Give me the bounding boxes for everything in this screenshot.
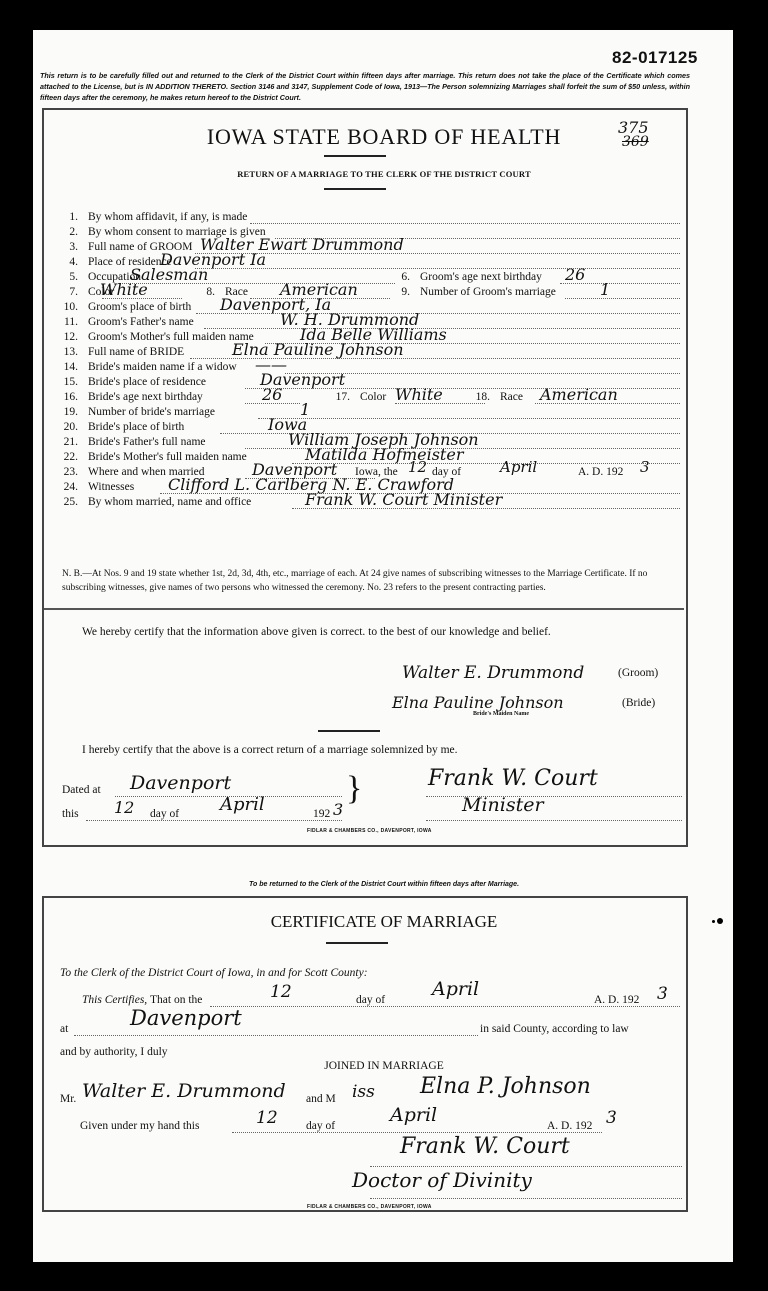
authority-text: and by authority, I duly [60, 1046, 168, 1058]
field-label: Number of bride's marriage [88, 406, 217, 418]
officiant-title: Minister [462, 794, 544, 816]
this-month: April [220, 794, 265, 815]
field-number: 5. [54, 271, 78, 283]
certificate-year-digit: 3 [657, 984, 668, 1004]
field-label: Witnesses [88, 481, 136, 493]
field-number: 20. [54, 421, 78, 433]
field-label: By whom affidavit, if any, is made [88, 211, 249, 223]
field-label: Groom's Father's name [88, 316, 196, 328]
ad-label: A. D. 192 [594, 994, 639, 1006]
marriage-date-ad: A. D. 192 [578, 466, 623, 478]
field-label: Full name of BRIDE [88, 346, 186, 358]
field-line [195, 256, 680, 269]
year-digit: 3 [333, 800, 343, 819]
marriage-date-day: 12 [408, 458, 427, 476]
county-text: in said County, according to law [480, 1023, 629, 1035]
field-label: Bride's place of residence [88, 376, 208, 388]
field-line [565, 286, 680, 299]
field-label: Groom's age next birthday [420, 271, 544, 283]
field-value: White [395, 385, 443, 404]
certificate-month: April [432, 978, 479, 1000]
given-day-of: day of [306, 1120, 335, 1132]
field-label: Groom's Mother's full maiden name [88, 331, 256, 343]
officiant-certification: I hereby certify that the above is a cor… [82, 744, 458, 756]
parties-certification: We hereby certify that the information a… [82, 626, 551, 638]
field-value: 26 [565, 265, 585, 284]
form-note: N. B.—At Nos. 9 and 19 state whether 1st… [62, 568, 682, 595]
marriage-date-month: April [500, 458, 537, 476]
field-value: 1 [600, 280, 610, 299]
field-value: White [100, 280, 148, 299]
field-number: 25. [54, 496, 78, 508]
serial-number: 82-017125 [612, 48, 698, 68]
sign-rule [318, 730, 380, 732]
bride-signature: Elna Pauline Johnson [392, 693, 564, 712]
field-number: 11. [54, 316, 78, 328]
printer-imprint: FIDLAR & CHAMBERS CO., DAVENPORT, IOWA [307, 828, 432, 834]
field-number: 22. [54, 451, 78, 463]
given-ad: A. D. 192 [547, 1120, 592, 1132]
field-label: Number of Groom's marriage [420, 286, 558, 298]
field-number: 6. [386, 271, 410, 283]
title-rule [324, 155, 386, 157]
field-number: 21. [54, 436, 78, 448]
field-label: Bride's place of birth [88, 421, 186, 433]
field-number: 1. [54, 211, 78, 223]
at-label: at [60, 1023, 68, 1035]
field-value: Frank W. Court Minister [305, 490, 502, 509]
dated-at-label: Dated at [62, 784, 101, 796]
certificate-groom: Walter E. Drummond [82, 1080, 286, 1102]
given-label: Given under my hand this [80, 1120, 199, 1132]
dated-at-value: Davenport [130, 772, 231, 794]
certificate-addressee: To the Clerk of the District Court of Io… [60, 967, 368, 979]
marriage-date-year-digit: 3 [640, 458, 650, 476]
this-label: this [62, 808, 79, 820]
field-label: Bride's Mother's full maiden name [88, 451, 249, 463]
brace: } [346, 770, 362, 808]
marriage-date-state: Iowa, the [355, 466, 398, 478]
field-number: 17. [326, 391, 350, 403]
struck-page-number: 369 [622, 134, 649, 150]
field-label: Bride's age next birthday [88, 391, 205, 403]
certificate-officiant-signature: Frank W. Court [400, 1134, 570, 1159]
ink-blot [712, 920, 715, 923]
given-day: 12 [256, 1108, 278, 1128]
form-subtitle: RETURN OF A MARRIAGE TO THE CLERK OF THE… [0, 169, 768, 179]
certificate-bride: Elna P. Johnson [420, 1074, 591, 1099]
field-line [250, 211, 680, 224]
field-number: 14. [54, 361, 78, 373]
certificate-printer-imprint: FIDLAR & CHAMBERS CO., DAVENPORT, IOWA [307, 1204, 432, 1210]
field-label: Bride's maiden name if a widow [88, 361, 239, 373]
field-label: Color [360, 391, 388, 403]
given-month: April [390, 1104, 437, 1126]
field-number: 2. [54, 226, 78, 238]
certifies-label: This Certifies, [82, 994, 147, 1006]
day-of-label-2: day of [356, 994, 385, 1006]
mr-label: Mr. [60, 1093, 76, 1105]
field-value: American [540, 385, 618, 404]
mid-notice: To be returned to the Clerk of the Distr… [0, 881, 768, 888]
bride-prefix: iss [352, 1082, 375, 1102]
ink-blot [717, 918, 723, 924]
field-number: 9. [386, 286, 410, 298]
groom-signature: Walter E. Drummond [402, 663, 584, 683]
groom-label: (Groom) [618, 667, 658, 679]
field-label: Race [500, 391, 525, 403]
divider [44, 608, 684, 610]
certificate-rule [326, 942, 388, 944]
field-number: 23. [54, 466, 78, 478]
joined-in-marriage: JOINED IN MARRIAGE [0, 1060, 768, 1072]
field-number: 12. [54, 331, 78, 343]
bride-maiden-caption: Bride's Maiden Name [473, 711, 529, 717]
field-number: 4. [54, 256, 78, 268]
year-prefix: 192 [313, 808, 330, 820]
field-number: 16. [54, 391, 78, 403]
certificate-title: CERTIFICATE OF MARRIAGE [0, 912, 768, 932]
top-notice: This return is to be carefully filled ou… [40, 70, 690, 103]
that-on-label: That on the [150, 994, 202, 1006]
and-m-label: and M [306, 1093, 336, 1105]
marriage-date-day-of: day of [432, 466, 461, 478]
certificate-day: 12 [270, 982, 292, 1002]
field-number: 10. [54, 301, 78, 313]
field-number: 19. [54, 406, 78, 418]
this-day: 12 [114, 798, 134, 817]
given-year-digit: 3 [606, 1108, 617, 1128]
officiant-signature: Frank W. Court [428, 766, 598, 791]
field-value: 26 [262, 385, 282, 404]
field-number: 24. [54, 481, 78, 493]
field-label: By whom married, name and office [88, 496, 253, 508]
field-number: 8. [191, 286, 215, 298]
field-number: 3. [54, 241, 78, 253]
field-label: Bride's Father's full name [88, 436, 208, 448]
field-line [258, 406, 680, 419]
form-title: IOWA STATE BOARD OF HEALTH [0, 124, 768, 150]
field-number: 15. [54, 376, 78, 388]
field-number: 18. [466, 391, 490, 403]
bride-label: (Bride) [622, 697, 655, 709]
field-number: 7. [54, 286, 78, 298]
certificate-place: Davenport [130, 1006, 242, 1030]
day-of-label: day of [150, 808, 179, 820]
subtitle-rule [324, 188, 386, 190]
field-number: 13. [54, 346, 78, 358]
field-label: Groom's place of birth [88, 301, 193, 313]
certificate-officiant-title: Doctor of Divinity [352, 1168, 532, 1192]
